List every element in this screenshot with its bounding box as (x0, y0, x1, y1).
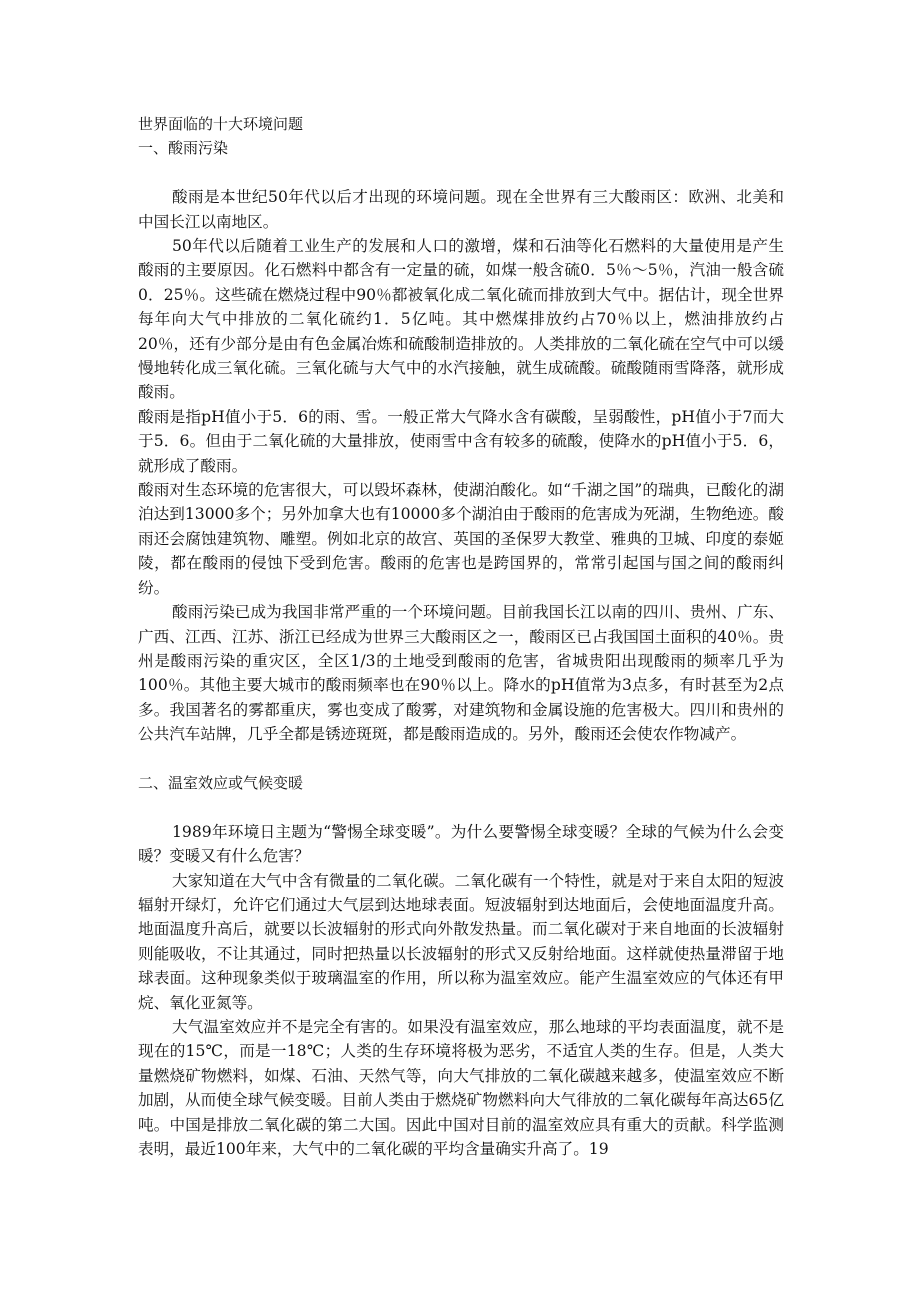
document-title: 世界面临的十大环境问题 (138, 112, 784, 136)
paragraph: 酸雨污染已成为我国非常严重的一个环境问题。目前我国长江以南的四川、贵州、广东、广… (138, 600, 784, 746)
spacer (138, 747, 784, 771)
section-heading-acid-rain: 一、酸雨污染 (138, 136, 784, 160)
paragraph: 大气温室效应并不是完全有害的。如果没有温室效应，那么地球的平均表面温度，就不是现… (138, 1015, 784, 1161)
paragraph: 酸雨是指pH值小于5．6的雨、雪。一般正常大气降水含有碳酸，呈弱酸性，pH值小于… (138, 405, 784, 478)
document-page: 世界面临的十大环境问题 一、酸雨污染 酸雨是本世纪50年代以后才出现的环境问题。… (138, 112, 784, 1161)
spacer (138, 795, 784, 819)
spacer (138, 161, 784, 185)
paragraph: 1989年环境日主题为“警惕全球变暖”。为什么要警惕全球变暖？全球的气候为什么会… (138, 820, 784, 869)
section-heading-greenhouse: 二、温室效应或气候变暖 (138, 771, 784, 795)
paragraph: 50年代以后随着工业生产的发展和人口的激增，煤和石油等化石燃料的大量使用是产生酸… (138, 234, 784, 405)
paragraph: 大家知道在大气中含有微量的二氧化碳。二氧化碳有一个特性，就是对于来自太阳的短波辐… (138, 869, 784, 1015)
paragraph: 酸雨对生态环境的危害很大，可以毁坏森林，使湖泊酸化。如“千湖之国”的瑞典，已酸化… (138, 478, 784, 600)
paragraph: 酸雨是本世纪50年代以后才出现的环境问题。现在全世界有三大酸雨区：欧洲、北美和中… (138, 185, 784, 234)
